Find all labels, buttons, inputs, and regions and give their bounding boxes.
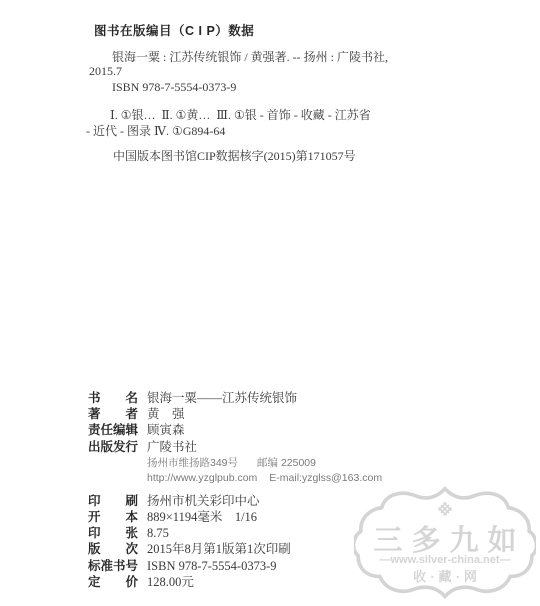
table-row-price: 定 价 128.00元 — [88, 572, 518, 588]
publisher-address: 扬州市维扬路349号 — [147, 457, 238, 469]
row-value: 广陵书社 — [147, 437, 197, 455]
row-value: 128.00元 — [147, 572, 194, 590]
cip-classification-line-2: - 近代 - 图录 Ⅳ. ①G894-64 — [86, 122, 225, 139]
publisher-postcode: 邮编 225009 — [257, 457, 316, 469]
publisher-web-line: http://www.yzglpub.comE-mail:yzglss@163.… — [147, 471, 518, 487]
row-label: 定 价 — [88, 572, 147, 590]
table-row-format: 开 本 889×1194毫米 1/16 — [88, 507, 518, 523]
table-row-isbn: 标准书号 ISBN 978-7-5554-0373-9 — [88, 556, 518, 572]
publisher-address-line: 扬州市维扬路349号邮编 225009 — [147, 456, 518, 472]
cip-heading: 图书在版编目（C I P）数据 — [94, 21, 254, 39]
row-label: 出版发行 — [88, 437, 147, 455]
table-row-edition: 版 次 2015年8月第1版第1次印刷 — [88, 539, 518, 555]
table-row-author: 著 者 黄 强 — [88, 404, 518, 420]
publisher-email: E-mail:yzglss@163.com — [269, 472, 382, 484]
table-row-book-title: 书 名 银海一粟——江苏传统银饰 — [88, 388, 518, 404]
cip-isbn-line: ISBN 978-7-5554-0373-9 — [112, 80, 236, 95]
publisher-contact-block: 扬州市维扬路349号邮编 225009 http://www.yzglpub.c… — [147, 456, 518, 487]
cip-description-line-2: 2015.7 — [89, 64, 122, 79]
table-row-printer: 印 刷 扬州市机关彩印中心 — [88, 491, 518, 507]
publisher-website: http://www.yzglpub.com — [147, 472, 257, 484]
cip-description-line-1: 银海一粟 : 江苏传统银饰 / 黄强著. -- 扬州 : 广陵书社, — [112, 48, 388, 65]
cip-record-number: 中国版本图书馆CIP数据核字(2015)第171057号 — [113, 147, 356, 164]
table-row-editor: 责任编辑 顾寅森 — [88, 420, 518, 436]
table-row-publisher: 出版发行 广陵书社 — [88, 437, 518, 453]
row-value: 2015年8月第1版第1次印刷 — [147, 539, 291, 557]
cip-classification-line-1: Ⅰ. ①银… Ⅱ. ①黄… Ⅲ. ①银 - 首饰 - 收藏 - 江苏省 — [110, 106, 371, 123]
row-value: 889×1194毫米 1/16 — [147, 507, 257, 525]
colophon-block: 书 名 银海一粟——江苏传统银饰 著 者 黄 强 责任编辑 顾寅森 出版发行 广… — [88, 388, 518, 588]
table-row-sheets: 印 张 8.75 — [88, 523, 518, 539]
copyright-page: 图书在版编目（C I P）数据 银海一粟 : 江苏传统银饰 / 黄强著. -- … — [0, 0, 540, 606]
